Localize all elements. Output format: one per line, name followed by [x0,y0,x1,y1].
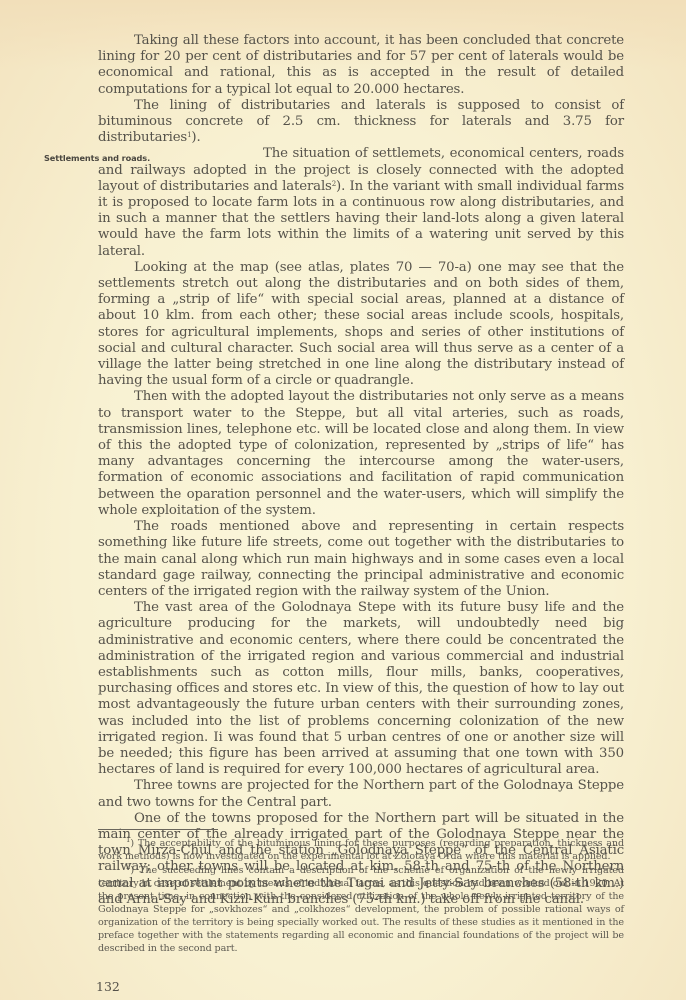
footnotes: 1) The acceptability of the bituminous l… [98,837,624,955]
paragraph-strip-of-life: Looking at the map (see atlas, plates 70… [98,260,624,390]
footnote-2: 2) The succeeding lines contain a descri… [98,864,624,955]
paragraph-bituminous-lining: The lining of distributaries and lateral… [98,98,624,147]
paragraph-text: The lining of distributaries and lateral… [98,98,624,145]
paragraph-settlements: The situation of settlemets, economical … [98,146,624,259]
settlements-section: Settlements and roads. The situation of … [98,146,624,259]
paragraph-vital-arteries: Then with the adopted layout the distrib… [98,389,624,519]
paragraph-three-towns: Three towns are projected for the Northe… [98,778,624,810]
paragraph-end: ). [191,130,200,145]
paragraph-urban-centers: The vast area of the Golodnaya Stepe wit… [98,600,624,778]
paragraph-concrete-lining: Taking all these factors into account, i… [98,33,624,98]
margin-note: Settlements and roads. [44,150,150,166]
footnote-divider [98,829,218,830]
paragraph-roads: The roads mentioned above and representi… [98,519,624,600]
page-number: 132 [96,979,120,994]
main-text: Taking all these factors into account, i… [98,33,624,908]
footnote-text: ) The acceptability of the bituminous li… [98,838,624,862]
footnote-text: ) The succeeding lines contain a descrip… [98,865,624,954]
footnote-1: 1) The acceptability of the bituminous l… [98,837,624,863]
document-page: Taking all these factors into account, i… [0,0,686,1000]
